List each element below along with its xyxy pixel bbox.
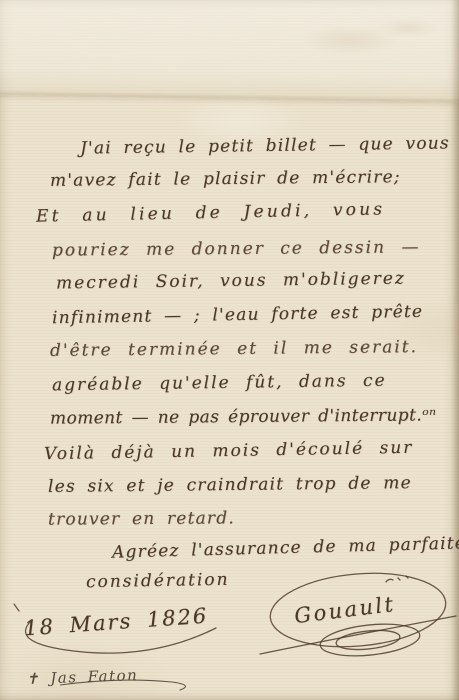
paper-fold-crease (0, 0, 459, 103)
letter-line: les six et je craindrait trop de me (48, 473, 412, 497)
letter-line: Et au lieu de Jeudi, vous (36, 199, 386, 226)
letter-line: agréable qu'elle fût, dans ce (52, 371, 387, 396)
annotation-text: ✝ Jas Faton (26, 666, 139, 688)
letter-line: m'avez fait le plaisir de m'écrire; (50, 167, 401, 191)
closing-line: Agréez l'assurance de ma parfaite (112, 533, 459, 562)
letter-line: mecredi Soir, vous m'obligerez (56, 269, 406, 294)
signature-name: Gouault (293, 592, 397, 628)
date-line: 18 Mars 1826 (23, 604, 209, 641)
signature-block: Gouault (258, 568, 458, 660)
letter-line: d'être terminée et il me serait. (50, 337, 418, 361)
letter-line: J'ai reçu le petit billet — que vous (80, 133, 450, 158)
letter-line: pouriez me donner ce dessin — (52, 237, 421, 260)
letter-line: infiniment — ; l'eau forte est prête (52, 302, 423, 328)
letter-scan: J'ai reçu le petit billet — que vous m'a… (0, 0, 459, 700)
letter-line: Voilà déjà un mois d'écoulé sur (44, 438, 414, 464)
letter-line: moment — ne pas éprouver d'interrupt.ᵒⁿ (50, 405, 436, 428)
letter-line: trouver en retard. (48, 508, 235, 529)
closing-line: considération (86, 570, 230, 593)
